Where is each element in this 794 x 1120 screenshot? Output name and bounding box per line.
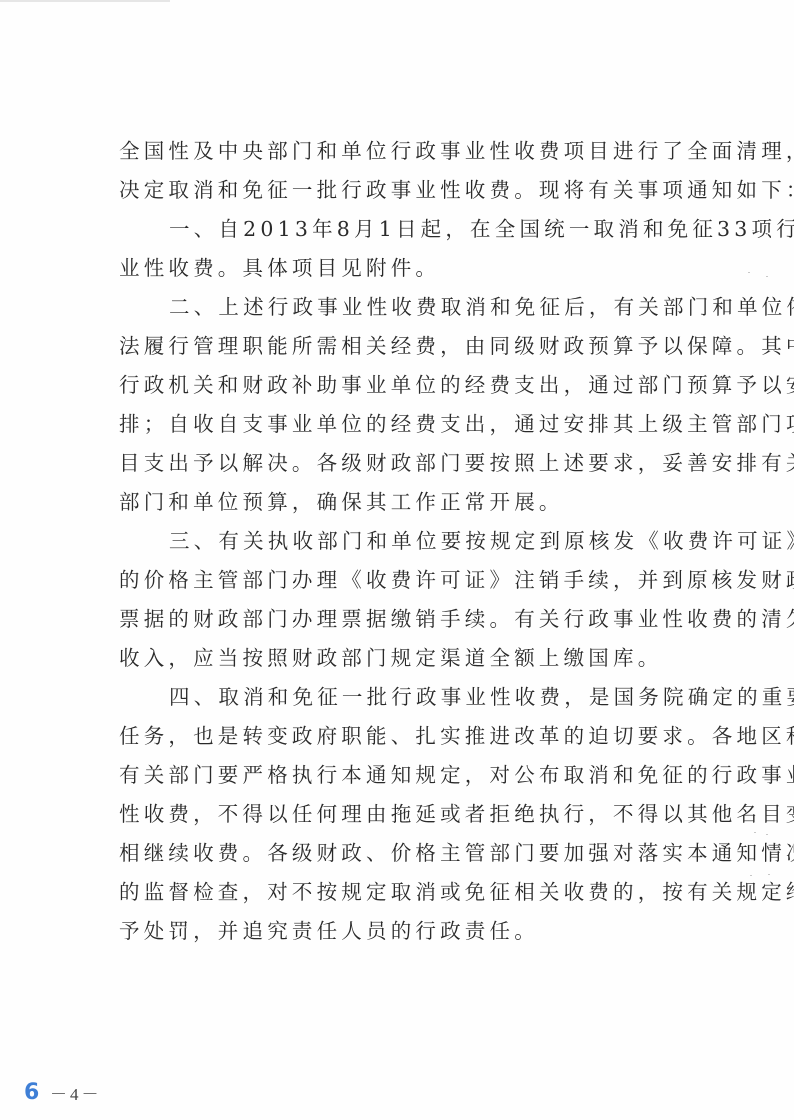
document-page: 全国性及中央部门和单位行政事业性收费项目进行了全面清理， 决定取消和免征一批行政… (0, 0, 794, 1120)
text-line: 有关部门要严格执行本通知规定，对公布取消和免征的行政事业 (119, 760, 699, 799)
scan-speck (766, 834, 768, 835)
text-line: 排；自收自支事业单位的经费支出，通过安排其上级主管部门项 (119, 409, 699, 448)
scan-speck (768, 874, 770, 875)
scan-speck (750, 875, 752, 876)
scan-speck (766, 276, 768, 277)
section-three-heading-line: 三、有关执收部门和单位要按规定到原核发《收费许可证》 (119, 526, 699, 565)
text-line: 目支出予以解决。各级财政部门要按照上述要求，妥善安排有关 (119, 448, 699, 487)
text-line: 行政机关和财政补助事业单位的经费支出，通过部门预算予以安 (119, 370, 699, 409)
scan-edge (0, 0, 170, 2)
text-line: 的价格主管部门办理《收费许可证》注销手续，并到原核发财政 (119, 565, 699, 604)
document-body: 全国性及中央部门和单位行政事业性收费项目进行了全面清理， 决定取消和免征一批行政… (119, 136, 699, 955)
text-line: 决定取消和免征一批行政事业性收费。现将有关事项通知如下： (119, 175, 699, 214)
text-line: 性收费，不得以任何理由拖延或者拒绝执行，不得以其他名目变 (119, 799, 699, 838)
text-line: 任务，也是转变政府职能、扎实推进改革的迫切要求。各地区和 (119, 721, 699, 760)
scan-speck (754, 832, 756, 833)
text-line: 相继续收费。各级财政、价格主管部门要加强对落实本通知情况 (119, 838, 699, 877)
section-two-heading-line: 二、上述行政事业性收费取消和免征后，有关部门和单位依 (119, 292, 699, 331)
text-line: 票据的财政部门办理票据缴销手续。有关行政事业性收费的清欠 (119, 604, 699, 643)
section-four-heading-line: 四、取消和免征一批行政事业性收费，是国务院确定的重要 (119, 682, 699, 721)
scan-speck (752, 230, 754, 231)
scan-speck (748, 272, 750, 273)
scan-speck (766, 234, 768, 235)
text-line: 法履行管理职能所需相关经费，由同级财政预算予以保障。其中， (119, 331, 699, 370)
text-line: 业性收费。具体项目见附件。 (119, 253, 699, 292)
text-line: 全国性及中央部门和单位行政事业性收费项目进行了全面清理， (119, 136, 699, 175)
section-one-heading-line: 一、自2013年8月1日起，在全国统一取消和免征33项行政事 (119, 214, 699, 253)
text-line: 的监督检查，对不按规定取消或免征相关收费的，按有关规定给 (119, 877, 699, 916)
page-number: －4－ (50, 1080, 102, 1105)
text-line: 部门和单位预算，确保其工作正常开展。 (119, 487, 699, 526)
page-stamp-mark: 6 (24, 1080, 39, 1105)
text-line: 予处罚，并追究责任人员的行政责任。 (119, 916, 699, 955)
text-line: 收入，应当按照财政部门规定渠道全额上缴国库。 (119, 643, 699, 682)
